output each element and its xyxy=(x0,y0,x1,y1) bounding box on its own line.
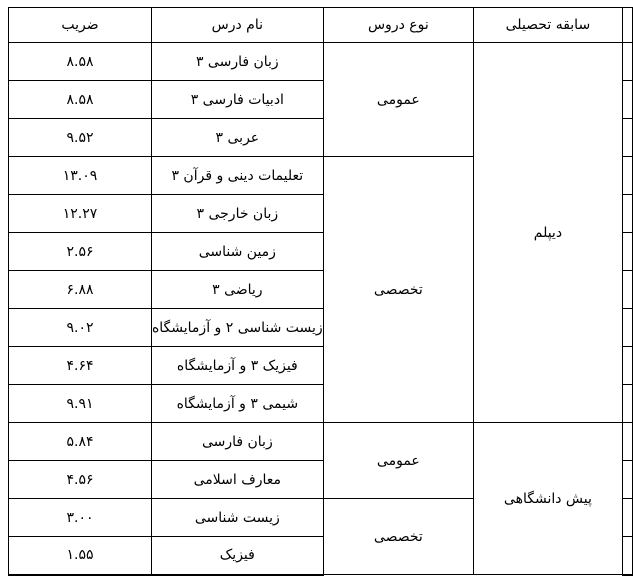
course-name-cell: شیمی ۳ و آزمایشگاه xyxy=(151,385,323,423)
education-level-cell: دیپلم xyxy=(474,43,623,423)
coefficient-cell: ۸.۵۸ xyxy=(9,43,152,81)
course-name-cell: ادبیات فارسی ۳ xyxy=(151,81,323,119)
clipped-column-cell xyxy=(622,81,632,119)
coefficient-cell: ۴.۶۴ xyxy=(9,347,152,385)
clipped-column-cell xyxy=(622,157,632,195)
header-coefficient: ضریب xyxy=(9,8,152,43)
clipped-column-cell xyxy=(622,347,632,385)
education-level-cell: پیش دانشگاهی xyxy=(474,423,623,575)
header-course-type: نوع دروس xyxy=(323,8,473,43)
table-row: دیپلم عمومی زبان فارسی ۳ ۸.۵۸ xyxy=(9,43,633,81)
course-name-cell: معارف اسلامی xyxy=(151,461,323,499)
coefficient-cell: ۱۳.۰۹ xyxy=(9,157,152,195)
coefficient-cell: ۵.۸۴ xyxy=(9,423,152,461)
clipped-column-cell xyxy=(622,309,632,347)
course-name-cell: زیست شناسی ۲ و آزمایشگاه xyxy=(151,309,323,347)
clipped-column-cell xyxy=(622,499,632,537)
header-clipped-column xyxy=(622,8,632,43)
clipped-column-cell xyxy=(622,271,632,309)
coefficient-cell: ۳.۰۰ xyxy=(9,499,152,537)
course-name-cell: تعلیمات دینی و قرآن ۳ xyxy=(151,157,323,195)
coefficient-cell: ۴.۵۶ xyxy=(9,461,152,499)
coefficient-cell: ۸.۵۸ xyxy=(9,81,152,119)
clipped-column-cell xyxy=(622,461,632,499)
clipped-column-cell xyxy=(622,233,632,271)
clipped-column-cell xyxy=(622,43,632,81)
course-name-cell: زیست شناسی xyxy=(151,499,323,537)
course-type-cell: عمومی xyxy=(323,43,473,157)
coefficient-cell: ۶.۸۸ xyxy=(9,271,152,309)
clipped-column-cell xyxy=(622,423,632,461)
course-type-cell: تخصصی xyxy=(323,157,473,423)
coefficient-cell: ۹.۰۲ xyxy=(9,309,152,347)
coefficient-cell: ۹.۵۲ xyxy=(9,119,152,157)
course-type-cell: تخصصی xyxy=(323,499,473,575)
coefficient-cell: ۱۲.۲۷ xyxy=(9,195,152,233)
course-name-cell: فیزیک ۳ و آزمایشگاه xyxy=(151,347,323,385)
table-row: پیش دانشگاهی عمومی زبان فارسی ۵.۸۴ xyxy=(9,423,633,461)
course-type-cell: عمومی xyxy=(323,423,473,499)
course-name-cell: عربی ۳ xyxy=(151,119,323,157)
coefficient-cell: ۹.۹۱ xyxy=(9,385,152,423)
table-header-row: سابقه تحصیلی نوع دروس نام درس ضریب xyxy=(9,8,633,43)
clipped-column-cell xyxy=(622,119,632,157)
header-education-history: سابقه تحصیلی xyxy=(474,8,623,43)
coefficient-cell: ۲.۵۶ xyxy=(9,233,152,271)
clipped-column-cell xyxy=(622,195,632,233)
coefficient-cell: ۱.۵۵ xyxy=(9,537,152,575)
course-name-cell: زبان فارسی ۳ xyxy=(151,43,323,81)
course-name-cell: زمین شناسی xyxy=(151,233,323,271)
header-course-name: نام درس xyxy=(151,8,323,43)
course-name-cell: زبان فارسی xyxy=(151,423,323,461)
clipped-column-cell xyxy=(622,537,632,575)
course-name-cell: زبان خارجی ۳ xyxy=(151,195,323,233)
course-name-cell: فیزیک xyxy=(151,537,323,575)
coefficients-table: سابقه تحصیلی نوع دروس نام درس ضریب دیپلم… xyxy=(8,7,633,576)
page: { "colors": { "background": "#ffffff", "… xyxy=(0,0,633,583)
clipped-column-cell xyxy=(622,385,632,423)
course-name-cell: ریاضی ۳ xyxy=(151,271,323,309)
